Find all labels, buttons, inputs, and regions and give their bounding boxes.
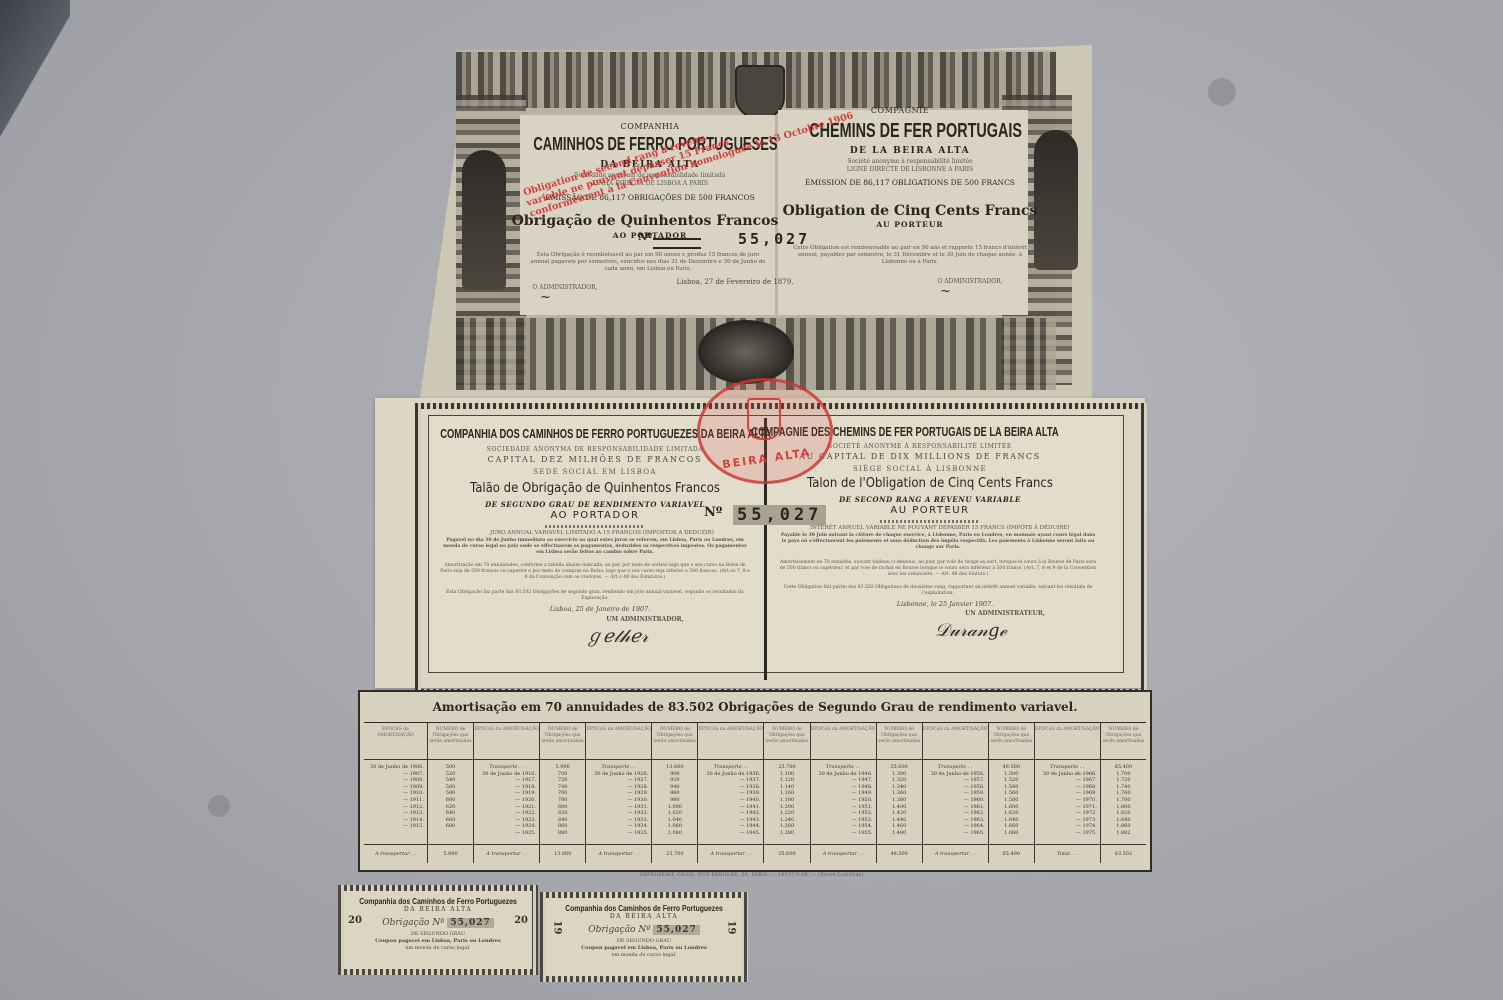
- amortization-count-cell: 620: [431, 804, 470, 811]
- amortization-epoch-cell: — 1970.: [1038, 797, 1097, 804]
- talon-fr-title: Talon de l'Obligation de Cinq Cents Fran…: [795, 476, 1065, 491]
- amortization-epoch-cell: — 1911.: [367, 797, 424, 804]
- amortization-count-cell: 1.020: [655, 810, 694, 817]
- amortization-epoch-column: EPOCAS da AMORTISAÇÃOTransporte . .30 de…: [698, 723, 764, 863]
- coupon-footer: DE SEGUNDO GRAU Coupon pagavel em Lisboa…: [546, 938, 742, 959]
- carry-out-value: 49.500: [877, 844, 922, 863]
- coupon-number-label: Obrigação Nº: [588, 925, 650, 935]
- bond-fr-company-prefix: COMPAGNIE: [840, 106, 960, 115]
- carry-in-label: Transporte . .: [477, 764, 536, 771]
- printer-imprint: IMPRIMERIE CHAIX, RUE BERGÈRE, 20, PARIS…: [640, 873, 866, 878]
- carry-in-label: Transporte . .: [1038, 764, 1097, 771]
- amortization-count-cell: 1.640: [992, 817, 1031, 824]
- amortization-epoch-cell: — 1928.: [589, 784, 648, 791]
- amortization-epoch-cell: 30 de Junho de 1966.: [1038, 771, 1097, 778]
- talon-fr-bearer: AU PORTEUR: [860, 505, 1000, 516]
- amortization-count-column: NUMERO de Obrigações que serão amortisad…: [428, 723, 474, 863]
- amortization-epoch-cell: — 1923.: [477, 817, 536, 824]
- amortization-epoch-cell: — 1940.: [701, 797, 760, 804]
- ornamental-rule: [880, 520, 980, 523]
- train-vignette-icon: [698, 320, 794, 384]
- amortization-count-cell: 1.000: [655, 804, 694, 811]
- amortization-count-cell: 1.260: [767, 823, 806, 830]
- amortization-count-cell: 500: [431, 764, 470, 771]
- talon-serial-number: 55,027: [733, 505, 826, 525]
- amortization-epoch-cell: — 1963.: [926, 817, 985, 824]
- amortization-epoch-cell: — 1909.: [367, 784, 424, 791]
- amortization-count-cell: 1.520: [992, 777, 1031, 784]
- amortization-epoch-cell: — 1934.: [589, 823, 648, 830]
- carry-out-label: A transportar . .: [698, 844, 763, 863]
- talon-fr-signatory-label: UN ADMINISTRATEUR,: [960, 610, 1050, 617]
- carry-in-label: Transporte . .: [926, 764, 985, 771]
- amortization-epoch-cell: — 1959.: [926, 790, 985, 797]
- bond-fr-signatory-label: O ADMINISTRADOR,: [920, 278, 1020, 285]
- coupon-number-line: Obrigação Nº 55,027: [546, 925, 742, 935]
- amortization-count-cell: 1.700: [1104, 771, 1143, 778]
- carry-in-value: 13.800: [655, 764, 694, 771]
- carry-out-label: A transportar . .: [586, 844, 651, 863]
- amortization-count-cell: 1.400: [880, 804, 919, 811]
- amortization-count-cell: 640: [431, 810, 470, 817]
- talon-pt-signature: ℊℯ𝓉𝒽ℯ𝓇: [585, 622, 648, 648]
- carry-out-value: 13.800: [540, 844, 585, 863]
- amortization-count-column: NUMERO de Obrigações que serão amortisad…: [652, 723, 698, 863]
- amortization-count-cell: 1.280: [767, 830, 806, 837]
- talon-pt-amortization: Amortisação em 70 annuidades, conforme a…: [440, 563, 750, 581]
- amortization-count-cell: 780: [543, 797, 582, 804]
- amortization-epoch-cells: Transporte . .30 de Junho de 1936.— 1937…: [698, 760, 763, 844]
- amortization-epoch-cell: — 1907.: [367, 771, 424, 778]
- amortization-epoch-cell: — 1952.: [814, 810, 873, 817]
- talon-fr-interest: INTÉRÊT ANNUEL VARIABLE NE POUVANT DÉPAS…: [810, 525, 1060, 531]
- amortization-count-cells: 23.7001.1001.1201.1401.1601.1801.2001.22…: [764, 760, 809, 844]
- amortization-epoch-cell: — 1971.: [1038, 804, 1097, 811]
- talon-fr-capital: AU CAPITAL DE DIX MILLIONS DE FRANCS: [790, 452, 1050, 461]
- amortization-epoch-cells: Transporte . .30 de Junho de 1956.— 1957…: [923, 760, 988, 844]
- amortization-count-cell: 1.882: [1104, 830, 1143, 837]
- amortization-count-cell: 1.760: [1104, 790, 1143, 797]
- talon-fr-note: Cette Obligation fait partie des 83.502 …: [778, 585, 1098, 597]
- amortization-epoch-cell: — 1910.: [367, 790, 424, 797]
- backdrop-spot: [208, 795, 230, 817]
- coupon-payable: Coupon pagavel em Lisboa, Paris ou Londr…: [546, 945, 742, 952]
- amortization-epoch-cell: 30 de Junho de 1906.: [367, 764, 424, 771]
- amortization-epoch-header: EPOCAS da AMORTISAÇÃO: [364, 723, 427, 760]
- carry-in-value: 5.900: [543, 764, 582, 771]
- amortization-epoch-cell: 30 de Junho de 1946.: [814, 771, 873, 778]
- amortization-count-column: NUMERO de Obrigações que serão amortisad…: [989, 723, 1035, 863]
- amortization-epoch-cell: — 1951.: [814, 804, 873, 811]
- amortization-count-cell: 720: [543, 777, 582, 784]
- amortization-count-cell: 1.340: [880, 784, 919, 791]
- amortization-epoch-cell: — 1937.: [701, 777, 760, 784]
- amortization-epoch-cell: — 1914.: [367, 817, 424, 824]
- amortization-epoch-cells: Transporte . .30 de Junho de 1966.— 1967…: [1035, 760, 1100, 844]
- amortization-epoch-cell: — 1908.: [367, 777, 424, 784]
- talon-pt-payment: Pagavel no dia 30 de Junho immediato ao …: [440, 538, 750, 556]
- amortization-count-cell: 560: [431, 784, 470, 791]
- amortization-count-cell: 1.040: [655, 817, 694, 824]
- amortization-count-cell: 1.780: [1104, 797, 1143, 804]
- amortization-epoch-column: EPOCAS da AMORTISAÇÃOTransporte . .30 de…: [1035, 723, 1101, 863]
- amortization-epoch-column: EPOCAS da AMORTISAÇÃOTransporte . .30 de…: [586, 723, 652, 863]
- seal-shield-icon: [747, 398, 781, 440]
- carry-out-label: A transportar . .: [923, 844, 988, 863]
- coupon-number: 55,027: [447, 918, 493, 928]
- amortization-epoch-cell: — 1920.: [477, 797, 536, 804]
- amortization-count-cell: 1.100: [767, 771, 806, 778]
- amortization-count-cell: 1.120: [767, 777, 806, 784]
- talon-pt-interest: JURO ANNUAL VARIAVEL LIMITADO A 15 FRANC…: [490, 530, 710, 536]
- amortization-epoch-cell: — 1945.: [701, 830, 760, 837]
- backdrop-fold: [0, 0, 70, 150]
- amortization-epoch-header: EPOCAS da AMORTISAÇÃO: [1035, 723, 1100, 760]
- bond-pt-signature: ~: [540, 290, 551, 305]
- coupon-19: Companhia dos Caminhos de Ferro Portugue…: [540, 892, 748, 982]
- carry-out-value: 5.900: [428, 844, 473, 863]
- talon-fr-seat: SIÈGE SOCIAL À LISBONNE: [820, 465, 1020, 473]
- amortization-count-cell: 1.360: [880, 790, 919, 797]
- amortization-count-cell: 1.560: [992, 790, 1031, 797]
- amortization-epoch-cell: — 1918.: [477, 784, 536, 791]
- amortization-epoch-cell: — 1925.: [477, 830, 536, 837]
- amortization-epoch-cells: Transporte . .30 de Junho de 1916.— 1917…: [474, 760, 539, 844]
- amortization-epoch-header: EPOCAS da AMORTISAÇÃO: [474, 723, 539, 760]
- coupon-region: DA BEIRA ALTA: [344, 906, 532, 913]
- talon-fr-payment: Payable le 30 Juin suivant la clôture de…: [778, 533, 1098, 551]
- amortization-count-cell: 840: [543, 817, 582, 824]
- coupon-currency: em moeda de curso legal.: [546, 952, 742, 959]
- coupon-20: Companhia dos Caminhos de Ferro Portugue…: [338, 885, 538, 975]
- amortization-count-cell: 1.320: [880, 777, 919, 784]
- amortization-epoch-column: EPOCAS da AMORTISAÇÃOTransporte . .30 de…: [811, 723, 877, 863]
- amortization-count-cell: 1.580: [992, 797, 1031, 804]
- struck-original-number: [653, 238, 701, 249]
- amortization-count-cell: 680: [431, 823, 470, 830]
- amortization-count-header: NUMERO de Obrigações que serão amortisad…: [877, 723, 922, 760]
- amortization-count-header: NUMERO de Obrigações que serão amortisad…: [652, 723, 697, 760]
- talon-number-prefix: Nº: [704, 505, 722, 520]
- amortization-epoch-cells: Transporte . .30 de Junho de 1946.— 1947…: [811, 760, 876, 844]
- amortization-count-cell: 1.740: [1104, 784, 1143, 791]
- bond-fr-terms: Cette Obligation est remboursable au pai…: [790, 245, 1030, 266]
- carry-in-label: Transporte . .: [701, 764, 760, 771]
- coupon-payable: Coupon pagavel em Lisboa, Paris ou Londr…: [344, 938, 532, 945]
- talon-pt-seat: SEDE SOCIAL EM LISBOA: [470, 468, 720, 476]
- bond-fr-emission: ÉMISSION DE 86,117 OBLIGATIONS DE 500 FR…: [790, 178, 1030, 187]
- amortization-epoch-column: EPOCAS da AMORTISAÇÃOTransporte . .30 de…: [923, 723, 989, 863]
- talon-fr-place-date: Lisbonne, le 25 Janvier 1907.: [880, 600, 1010, 608]
- amortization-count-cell: 1.540: [992, 784, 1031, 791]
- bond-pt-terms: Esta Obrigação é reembolsavel ao par em …: [528, 252, 768, 273]
- talon-pt-title: Talão de Obrigação de Quinhentos Francos: [460, 481, 730, 496]
- amortization-count-cell: 880: [543, 830, 582, 837]
- amortization-count-cell: 900: [655, 771, 694, 778]
- amortization-epoch-cell: — 1955.: [814, 830, 873, 837]
- amortization-epoch-header: EPOCAS da AMORTISAÇÃO: [698, 723, 763, 760]
- carry-out-label: A transportar . .: [811, 844, 876, 863]
- amortization-count-column: NUMERO de Obrigações que serão amortisad…: [540, 723, 586, 863]
- amortization-epoch-header: EPOCAS da AMORTISAÇÃO: [586, 723, 651, 760]
- bond-fr-title: Obligation de Cinq Cents Francs: [780, 203, 1040, 219]
- amortization-epoch-cell: — 1968.: [1038, 784, 1097, 791]
- talon-pt-grade: DE SEGUNDO GRAU DE RENDIMENTO VARIAVEL: [475, 500, 715, 509]
- amortization-count-cell: 1.380: [880, 797, 919, 804]
- amortization-count-cell: 1.680: [992, 830, 1031, 837]
- amortization-epoch-cell: — 1975.: [1038, 830, 1097, 837]
- amortization-count-cells: 49.5001.5001.5201.5401.5601.5801.6001.62…: [989, 760, 1034, 844]
- amortization-epoch-cell: — 1941.: [701, 804, 760, 811]
- talon-fr-grade: DE SECOND RANG A REVENU VARIABLE: [830, 495, 1030, 504]
- amortization-epoch-header: EPOCAS da AMORTISAÇÃO: [811, 723, 876, 760]
- coupon-index-left: 20: [348, 915, 362, 926]
- amortization-count-cells: 65.4001.7001.7201.7401.7601.7801.8001.82…: [1101, 760, 1146, 844]
- coupon-grade: DE SEGUNDO GRAU: [546, 938, 742, 945]
- backdrop-spot: [1208, 78, 1236, 106]
- talon-pt-bearer: AO PORTADOR: [520, 510, 670, 521]
- amortization-count-cell: 1.840: [1104, 817, 1143, 824]
- carry-in-label: Transporte . .: [589, 764, 648, 771]
- bond-number-prefix: Nº: [638, 232, 652, 243]
- carry-in-value: 35.600: [880, 764, 919, 771]
- amortization-count-cell: 800: [543, 804, 582, 811]
- amortization-epoch-cell: — 1944.: [701, 823, 760, 830]
- amortization-epoch-cell: — 1974.: [1038, 823, 1097, 830]
- amortization-count-cell: 960: [655, 790, 694, 797]
- coupon-number: 55,027: [653, 925, 699, 935]
- amortization-table-title: Amortisação em 70 annuidades de 83.502 O…: [360, 700, 1150, 714]
- coupon-number-label: Obrigação Nº: [382, 918, 444, 928]
- bond-fr-bearer: AU PORTEUR: [860, 220, 960, 229]
- amortization-count-cell: 1.440: [880, 817, 919, 824]
- amortization-count-cell: 1.820: [1104, 810, 1143, 817]
- amortization-count-cell: 820: [543, 810, 582, 817]
- amortization-count-cell: 700: [543, 771, 582, 778]
- amortization-count-cell: 660: [431, 817, 470, 824]
- amortization-epoch-cell: — 1932.: [589, 810, 648, 817]
- amortization-count-cell: 1.720: [1104, 777, 1143, 784]
- amortization-epoch-cell: — 1917.: [477, 777, 536, 784]
- amortization-count-cell: 1.460: [880, 823, 919, 830]
- amortization-count-cell: 1.500: [992, 771, 1031, 778]
- amortization-epoch-cell: — 1931.: [589, 804, 648, 811]
- amortization-epoch-cell: — 1935.: [589, 830, 648, 837]
- carry-out-value: 65.400: [989, 844, 1034, 863]
- coupon-currency: em moeda de curso legal.: [344, 945, 532, 952]
- amortization-count-header: NUMERO de Obrigações que serão amortisad…: [989, 723, 1034, 760]
- amortization-count-cell: 1.660: [992, 823, 1031, 830]
- amortization-count-cell: 760: [543, 790, 582, 797]
- amortization-epoch-cell: — 1947.: [814, 777, 873, 784]
- bond-fr-region: DE LA BEIRA ALTA: [830, 146, 990, 156]
- bond-pt-signatory-label: O ADMINISTRADOR,: [525, 284, 605, 291]
- amortization-count-cell: 1.140: [767, 784, 806, 791]
- amortization-count-cell: 1.080: [655, 830, 694, 837]
- amortization-count-cell: 1.620: [992, 810, 1031, 817]
- amortization-columns: EPOCAS da AMORTISAÇÃO30 de Junho de 1906…: [364, 722, 1146, 863]
- amortization-epoch-cell: — 1972.: [1038, 810, 1097, 817]
- amortization-count-cells: 13.8009009209409609801.0001.0201.0401.06…: [652, 760, 697, 844]
- amortization-count-cell: 1.200: [767, 804, 806, 811]
- amortization-epoch-cell: — 1949.: [814, 790, 873, 797]
- bond-fr-legal-form: Société anonyme à responsabilité limitée: [800, 158, 1020, 165]
- amortization-epoch-cell: — 1967.: [1038, 777, 1097, 784]
- amortization-epoch-cell: — 1912.: [367, 804, 424, 811]
- carry-out-value: 83.502: [1101, 844, 1146, 863]
- amortization-count-cells: 500520540560580600620640660680: [428, 760, 473, 844]
- amortization-count-cell: 1.600: [992, 804, 1031, 811]
- amortization-count-column: NUMERO de Obrigações que serão amortisad…: [764, 723, 810, 863]
- bond-pt-title: Obrigação de Quinhentos Francos: [510, 213, 780, 229]
- amortization-count-cell: 1.160: [767, 790, 806, 797]
- amortization-epoch-cell: — 1930.: [589, 797, 648, 804]
- amortization-epoch-cell: — 1964.: [926, 823, 985, 830]
- amortization-count-cell: 1.800: [1104, 804, 1143, 811]
- amortization-epoch-cell: — 1913.: [367, 810, 424, 817]
- amortization-count-cell: 1.300: [880, 771, 919, 778]
- ornamental-rule: [545, 525, 645, 528]
- amortization-epoch-cell: — 1961.: [926, 804, 985, 811]
- amortization-epoch-cell: 30 de Junho de 1916.: [477, 771, 536, 778]
- amortization-count-header: NUMERO de Obrigações que serão amortisad…: [540, 723, 585, 760]
- amortization-count-cell: 1.220: [767, 810, 806, 817]
- amortization-epoch-cell: — 1965.: [926, 830, 985, 837]
- bond-fr-line: LIGNE DIRECTE DE LISBONNE A PARIS: [800, 166, 1020, 173]
- amortization-epoch-cell: — 1958.: [926, 784, 985, 791]
- coupon-company: Companhia dos Caminhos de Ferro Portugue…: [358, 897, 518, 906]
- amortization-epoch-cell: — 1962.: [926, 810, 985, 817]
- total-label: Total. . .: [1035, 844, 1100, 863]
- carry-out-label: A transportar . .: [474, 844, 539, 863]
- amortization-count-cell: 860: [543, 823, 582, 830]
- amortization-count-cell: 520: [431, 771, 470, 778]
- amortization-epoch-cell: — 1921.: [477, 804, 536, 811]
- amortization-epoch-cell: — 1939.: [701, 790, 760, 797]
- carry-out-value: 35.600: [764, 844, 809, 863]
- amortization-epoch-cell: — 1942.: [701, 810, 760, 817]
- amortization-epoch-cell: — 1969.: [1038, 790, 1097, 797]
- coupon-footer: DE SEGUNDO GRAU Coupon pagavel em Lisboa…: [344, 931, 532, 952]
- talon-pt-legal-form: SOCIEDADE ANONYMA DE RESPONSABILIDADE LI…: [450, 446, 740, 453]
- amortization-epoch-cell: — 1948.: [814, 784, 873, 791]
- allegorical-figure-left-icon: [462, 150, 506, 290]
- amortization-epoch-column: EPOCAS da AMORTISAÇÃO30 de Junho de 1906…: [364, 723, 428, 863]
- amortization-count-cells: 35.6001.3001.3201.3401.3601.3801.4001.42…: [877, 760, 922, 844]
- bond-place-date: Lisboa, 27 de Fevereiro de 1879.: [665, 278, 805, 286]
- amortization-epoch-cell: — 1927.: [589, 777, 648, 784]
- amortization-epoch-cell: — 1960.: [926, 797, 985, 804]
- carry-in-label: Transporte . .: [814, 764, 873, 771]
- talon-fr-signature: 𝒟𝓊𝓇𝒶𝓃𝑔ℯ: [935, 620, 1007, 641]
- carry-out-value: 23.700: [652, 844, 697, 863]
- amortization-epoch-cell: — 1929.: [589, 790, 648, 797]
- amortization-epoch-cells: 30 de Junho de 1906.— 1907.— 1908.— 1909…: [364, 760, 427, 844]
- amortization-count-cell: 940: [655, 784, 694, 791]
- amortization-count-cell: 1.860: [1104, 823, 1143, 830]
- amortization-count-cell: 740: [543, 784, 582, 791]
- amortization-epoch-cell: 30 de Junho de 1956.: [926, 771, 985, 778]
- amortization-count-cell: 980: [655, 797, 694, 804]
- amortization-epoch-cell: — 1957.: [926, 777, 985, 784]
- coupon-number-line: Obrigação Nº 55,027: [344, 918, 532, 928]
- amortization-count-header: NUMERO de Obrigações que serão amortisad…: [428, 723, 473, 760]
- amortization-count-cell: 580: [431, 790, 470, 797]
- amortization-epoch-cells: Transporte . .30 de Junho de 1926.— 1927…: [586, 760, 651, 844]
- talon-pt-place-date: Lisboa, 25 de Janeiro de 1907.: [540, 605, 660, 613]
- amortization-epoch-cell: — 1915.: [367, 823, 424, 830]
- amortization-epoch-header: EPOCAS da AMORTISAÇÃO: [923, 723, 988, 760]
- amortization-epoch-cell: — 1919.: [477, 790, 536, 797]
- amortization-epoch-cell: 30 de Junho de 1936.: [701, 771, 760, 778]
- amortization-epoch-cell: — 1953.: [814, 817, 873, 824]
- bond-fr-signature: ~: [940, 284, 951, 299]
- carry-in-value: 65.400: [1104, 764, 1143, 771]
- coupon-grade: DE SEGUNDO GRAU: [344, 931, 532, 938]
- coupon-index-left: 19: [551, 921, 562, 935]
- amortization-epoch-cell: — 1938.: [701, 784, 760, 791]
- amortization-count-cell: 540: [431, 777, 470, 784]
- coupon-index-right: 19: [726, 921, 737, 935]
- amortization-count-header: NUMERO de Obrigações que serão amortisad…: [764, 723, 809, 760]
- amortization-epoch-cell: — 1973.: [1038, 817, 1097, 824]
- amortization-count-column: NUMERO de Obrigações que serão amortisad…: [1101, 723, 1146, 863]
- amortization-count-cell: 1.180: [767, 797, 806, 804]
- amortization-epoch-cell: — 1943.: [701, 817, 760, 824]
- amortization-epoch-cell: — 1924.: [477, 823, 536, 830]
- amortization-count-cell: 1.420: [880, 810, 919, 817]
- amortization-count-cell: 920: [655, 777, 694, 784]
- amortization-epoch-cell: — 1950.: [814, 797, 873, 804]
- amortization-epoch-cell: — 1933.: [589, 817, 648, 824]
- carry-in-value: 49.500: [992, 764, 1031, 771]
- coupon-company: Companhia dos Caminhos de Ferro Portugue…: [561, 904, 728, 913]
- carry-in-value: 23.700: [767, 764, 806, 771]
- amortization-count-header: NUMERO de Obrigações que serão amortisad…: [1101, 723, 1146, 760]
- amortization-epoch-column: EPOCAS da AMORTISAÇÃOTransporte . .30 de…: [474, 723, 540, 863]
- amortization-epoch-cell: 30 de Junho de 1926.: [589, 771, 648, 778]
- amortization-count-cell: 1.480: [880, 830, 919, 837]
- amortization-count-cell: 1.240: [767, 817, 806, 824]
- allegorical-figure-right-icon: [1034, 130, 1078, 270]
- carry-out-label: A transportar . .: [364, 844, 427, 863]
- talon-pt-note: Esta Obrigação faz parte das 83.502 Obri…: [440, 590, 750, 602]
- coupon-index-right: 20: [514, 915, 528, 926]
- amortization-count-cells: 5.900700720740760780800820840860880: [540, 760, 585, 844]
- coupon-region: DA BEIRA ALTA: [546, 913, 742, 920]
- amortization-epoch-cell: — 1954.: [814, 823, 873, 830]
- amortization-epoch-cell: — 1922.: [477, 810, 536, 817]
- talon-pt-capital: CAPITAL DEZ MILHÕES DE FRANCOS: [450, 455, 740, 464]
- amortization-count-cell: 600: [431, 797, 470, 804]
- amortization-count-column: NUMERO de Obrigações que serão amortisad…: [877, 723, 923, 863]
- amortization-count-cell: 1.060: [655, 823, 694, 830]
- talon-fr-amortization: Amortissement en 70 annuités, suivant ta…: [778, 560, 1098, 578]
